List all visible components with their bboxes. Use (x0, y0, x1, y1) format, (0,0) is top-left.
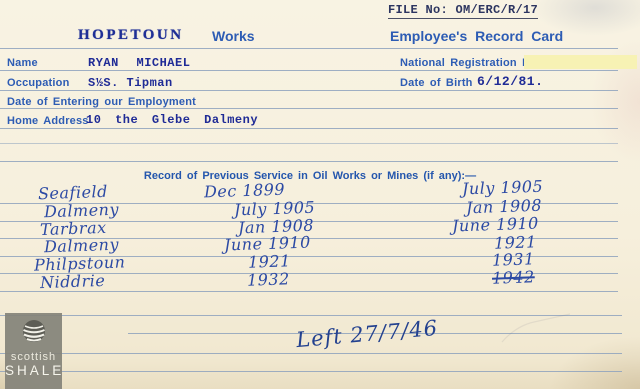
watermark-line2: SHALE (5, 363, 62, 378)
ruled-line (0, 291, 618, 292)
service-from: 1932 (247, 269, 290, 289)
service-table-heading: Record of Previous Service in Oil Works … (120, 170, 500, 182)
record-card-scan: FILE No: OM/ERC/R/17 HOPETOUN Works Empl… (0, 0, 640, 389)
home-address-value: 10 the Glebe Dalmeny (86, 113, 258, 127)
faint-pencil-mark (496, 308, 576, 348)
works-label: Works (212, 28, 255, 44)
file-number: FILE No: OM/ERC/R/17 (388, 3, 538, 19)
name-value: RYAN MICHAEL (88, 56, 190, 70)
dob-value: 6/12/81. (477, 74, 543, 89)
service-to-struck: 1942 (492, 267, 535, 287)
home-address-label: Home Address (7, 115, 89, 127)
nat-reg-highlight-blank (524, 55, 637, 69)
service-works: Niddrie (40, 271, 106, 292)
occupation-label: Occupation (7, 77, 70, 89)
ruled-line (0, 161, 618, 162)
ruled-line (0, 128, 618, 129)
card-title: Employee's Record Card (390, 28, 563, 44)
ruled-line (0, 353, 622, 354)
nat-reg-label: National Registration No. (400, 57, 540, 69)
date-entering-label: Date of Entering our Employment (7, 96, 196, 108)
works-name-stamp: HOPETOUN (78, 27, 184, 44)
name-label: Name (7, 57, 38, 69)
left-date-note: Left 27/7/46 (295, 316, 439, 352)
dob-label: Date of Birth (400, 77, 473, 89)
ruled-line (0, 143, 618, 144)
occupation-value: S½S. Tipman (88, 76, 173, 90)
ruled-line (0, 108, 618, 109)
globe-icon (21, 318, 47, 344)
ruled-line (0, 70, 618, 71)
scottish-shale-watermark: scottish SHALE (5, 313, 62, 389)
ruled-line (0, 90, 618, 91)
watermark-line1: scottish (5, 351, 62, 363)
ruled-line (0, 48, 618, 49)
ruled-line (0, 371, 622, 372)
